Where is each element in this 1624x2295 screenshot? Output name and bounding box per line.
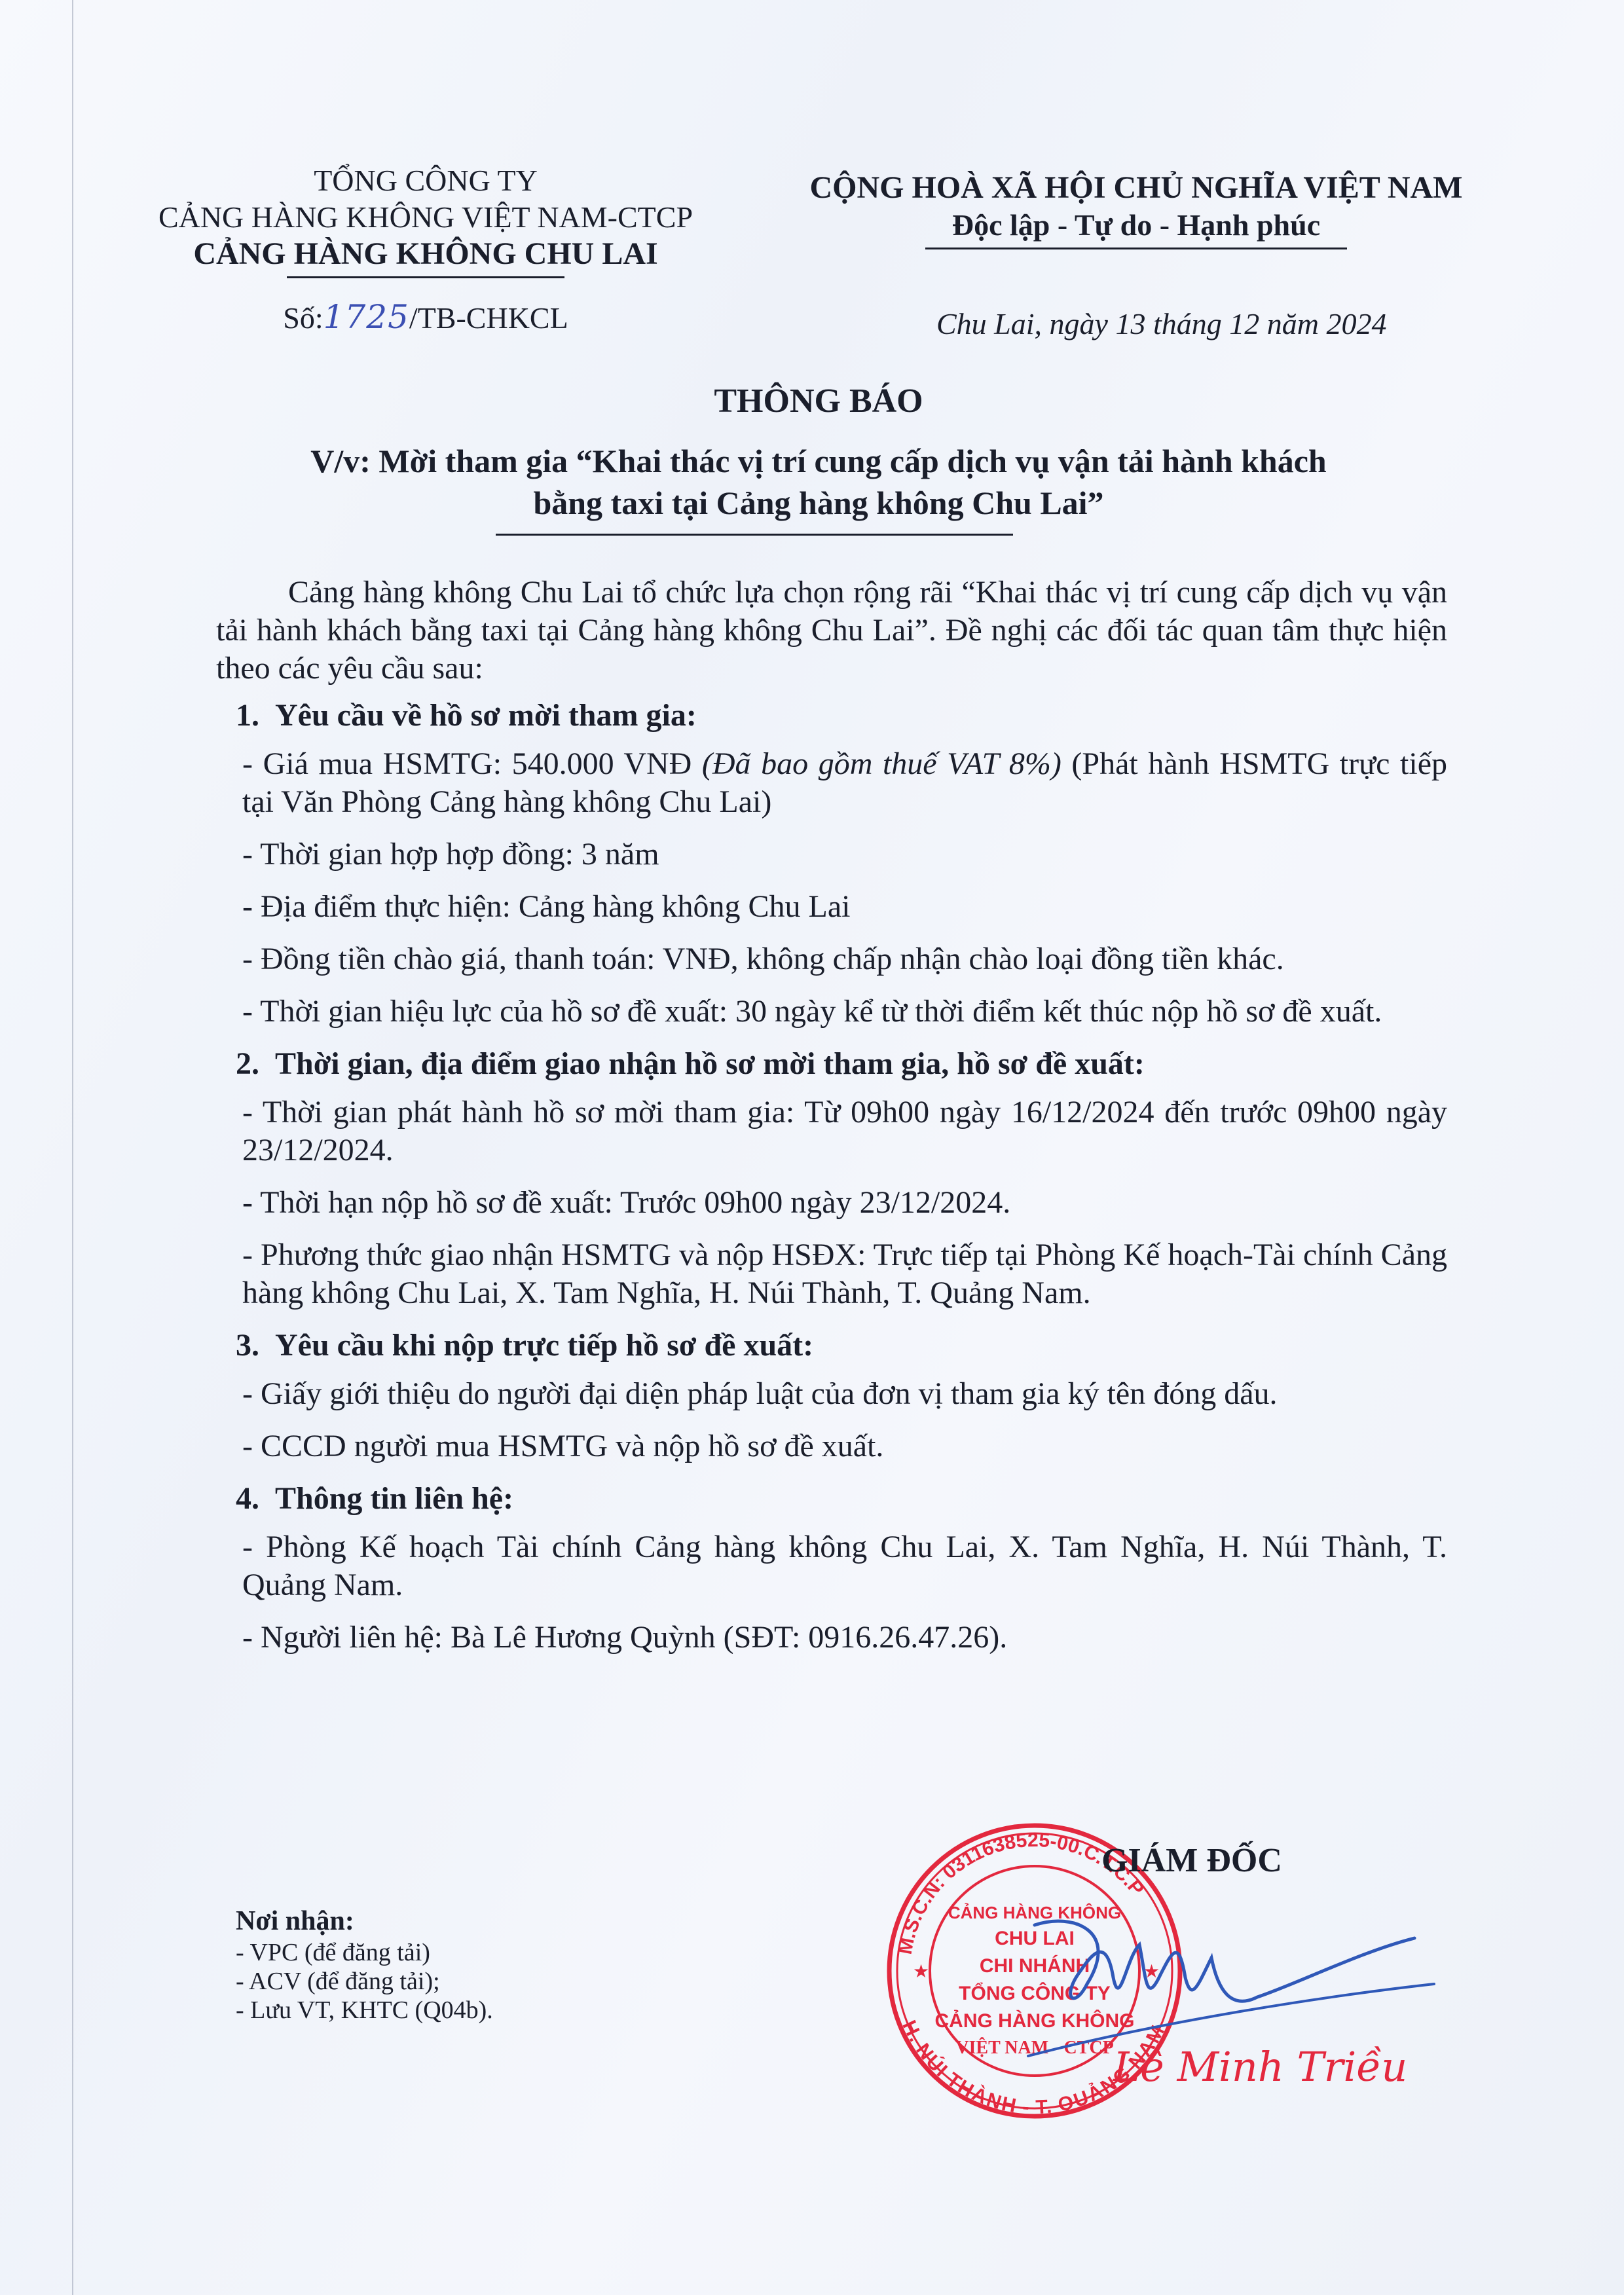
list-item: - CCCD người mua HSMTG và nộp hồ sơ đề x…: [216, 1427, 1447, 1465]
section-4: 4. Thông tin liên hệ: - Phòng Kế hoạch T…: [216, 1480, 1447, 1657]
place-date: Chu Lai, ngày 13 tháng 12 năm 2024: [936, 306, 1493, 341]
subject-underline: [496, 534, 1013, 536]
scan-artifact-line: [72, 0, 73, 2295]
document-number-suffix: /TB-CHKCL: [409, 301, 568, 335]
recipients-block: Nơi nhận: - VPC (để đăng tải) - ACV (để …: [236, 1907, 493, 2025]
list-item: - Địa điểm thực hiện: Cảng hàng không Ch…: [216, 888, 1447, 926]
list-item: - Thời gian hợp hợp đồng: 3 năm: [216, 835, 1447, 873]
motto-underline: [925, 248, 1347, 249]
section-heading: 1. Yêu cầu về hồ sơ mời tham gia:: [236, 697, 1447, 735]
intro-paragraph: Cảng hàng không Chu Lai tổ chức lựa chọn…: [216, 574, 1447, 688]
document-number: Số:1725/TB-CHKCL: [98, 298, 753, 336]
signatory-title: GIÁM ĐỐC: [995, 1841, 1388, 1880]
document-subject: V/v: Mời tham gia “Khai thác vị trí cung…: [196, 440, 1441, 524]
subject-line-1: V/v: Mời tham gia “Khai thác vị trí cung…: [196, 440, 1441, 482]
recipients-heading: Nơi nhận:: [236, 1907, 493, 1936]
section-heading: 3. Yêu cầu khi nộp trực tiếp hồ sơ đề xu…: [236, 1327, 1447, 1365]
document-number-prefix: Số:: [283, 301, 323, 335]
national-motto: Độc lập - Tự do - Hạnh phúc: [766, 207, 1506, 244]
national-title: CỘNG HOÀ XÃ HỘI CHỦ NGHĨA VIỆT NAM: [766, 169, 1506, 207]
list-item: - Người liên hệ: Bà Lê Hương Quỳnh (SĐT:…: [216, 1619, 1447, 1657]
section-1: 1. Yêu cầu về hồ sơ mời tham gia: - Giá …: [216, 697, 1447, 1031]
document-body: Cảng hàng không Chu Lai tổ chức lựa chọn…: [216, 574, 1447, 1671]
list-item: - Phòng Kế hoạch Tài chính Cảng hàng khô…: [216, 1528, 1447, 1604]
issuer-parent-line1: TỔNG CÔNG TY: [98, 162, 753, 199]
section-heading: 4. Thông tin liên hệ:: [236, 1480, 1447, 1518]
list-item: - Thời gian hiệu lực của hồ sơ đề xuất: …: [216, 993, 1447, 1031]
document-title: THÔNG BÁO: [196, 382, 1441, 420]
issuer-header: TỔNG CÔNG TY CẢNG HÀNG KHÔNG VIỆT NAM-CT…: [98, 162, 753, 278]
recipient-item: - VPC (để đăng tải): [236, 1938, 493, 1967]
section-heading: 2. Thời gian, địa điểm giao nhận hồ sơ m…: [236, 1045, 1447, 1083]
subject-line-2: bằng taxi tại Cảng hàng không Chu Lai”: [196, 482, 1441, 524]
handwritten-signature-icon: [1022, 1899, 1441, 2069]
list-item: - Thời gian phát hành hồ sơ mời tham gia…: [216, 1093, 1447, 1169]
recipient-item: - ACV (để đăng tải);: [236, 1967, 493, 1996]
list-item: - Đồng tiền chào giá, thanh toán: VNĐ, k…: [216, 940, 1447, 978]
list-item: - Giấy giới thiệu do người đại diện pháp…: [216, 1375, 1447, 1413]
document-number-handwritten: 1725: [323, 298, 409, 336]
recipient-item: - Lưu VT, KHTC (Q04b).: [236, 1996, 493, 2025]
issuer-underline: [287, 276, 564, 278]
national-header: CỘNG HOÀ XÃ HỘI CHỦ NGHĨA VIỆT NAM Độc l…: [766, 169, 1506, 249]
list-item: - Giá mua HSMTG: 540.000 VNĐ (Đã bao gồm…: [216, 745, 1447, 821]
issuer-parent-line2: CẢNG HÀNG KHÔNG VIỆT NAM-CTCP: [98, 199, 753, 236]
list-item: - Thời hạn nộp hồ sơ đề xuất: Trước 09h0…: [216, 1184, 1447, 1222]
svg-text:★: ★: [913, 1962, 929, 1982]
section-2: 2. Thời gian, địa điểm giao nhận hồ sơ m…: [216, 1045, 1447, 1312]
list-item: - Phương thức giao nhận HSMTG và nộp HSĐ…: [216, 1236, 1447, 1312]
issuer-name: CẢNG HÀNG KHÔNG CHU LAI: [98, 236, 753, 272]
section-3: 3. Yêu cầu khi nộp trực tiếp hồ sơ đề xu…: [216, 1327, 1447, 1465]
